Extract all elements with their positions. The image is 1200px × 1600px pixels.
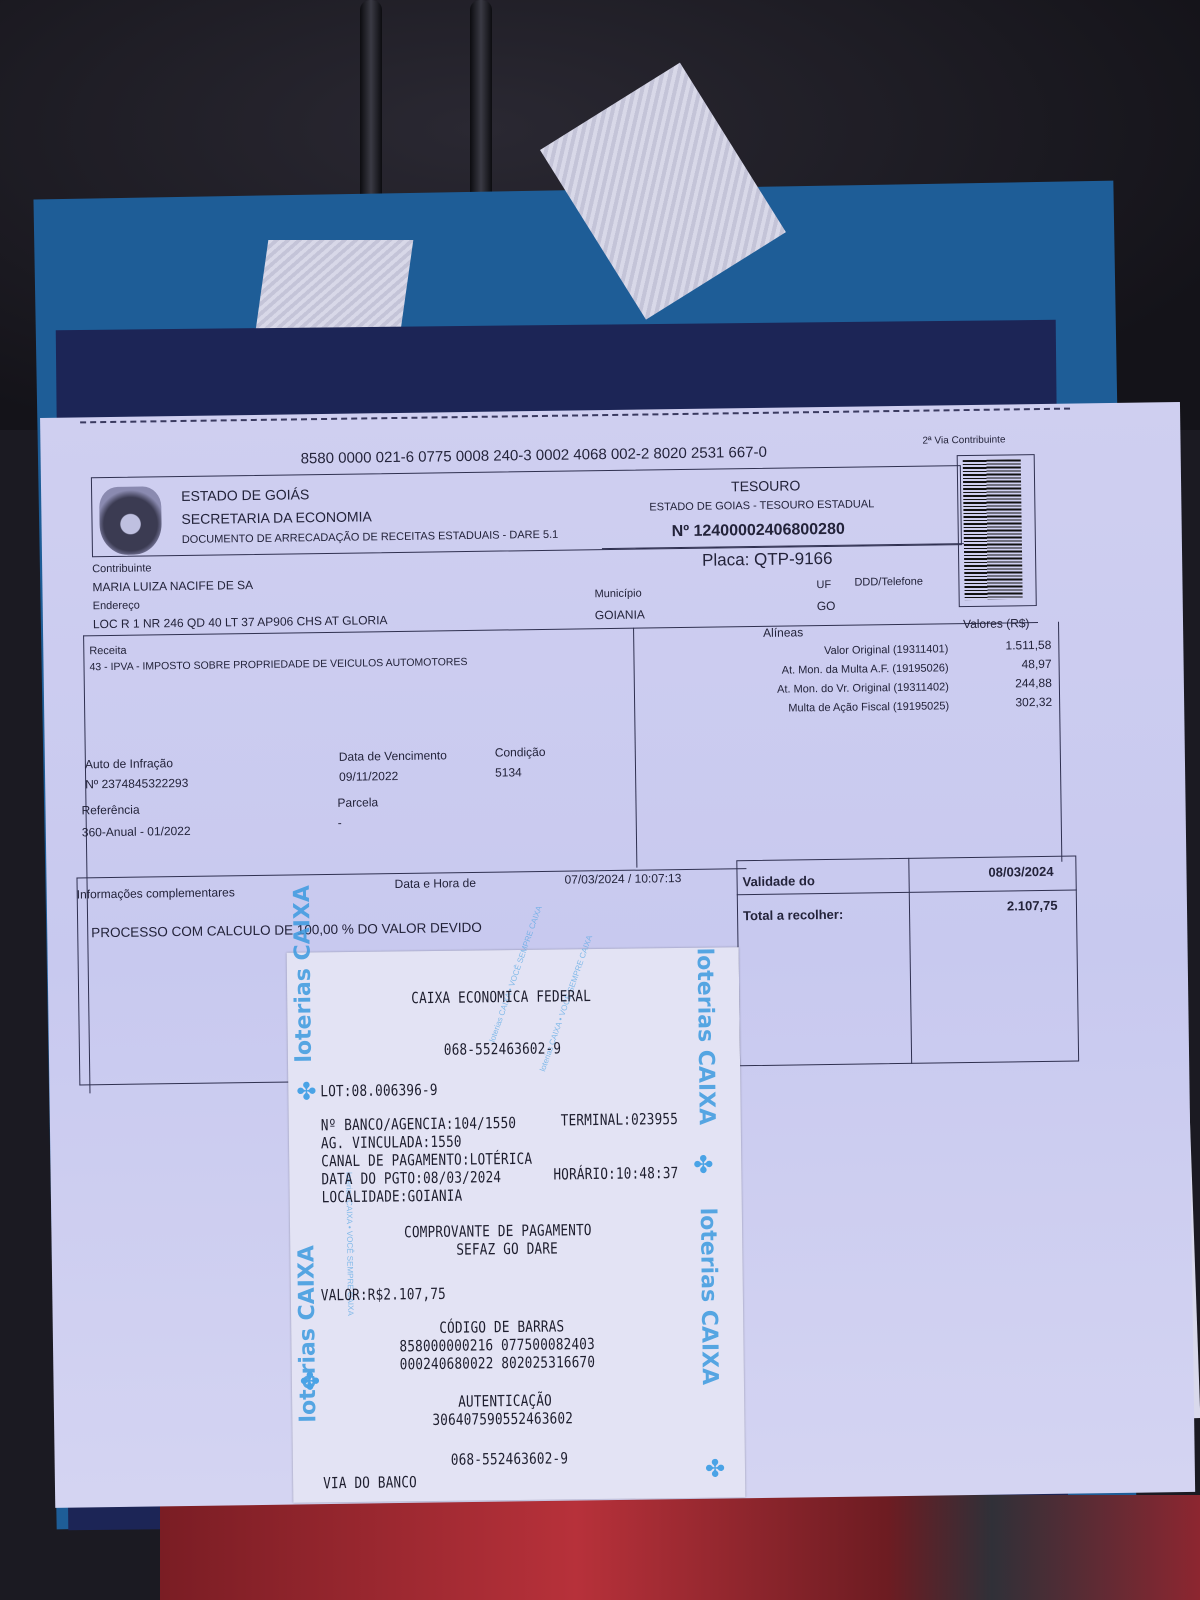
uf-value: GO (817, 599, 836, 613)
payment-time: HORÁRIO:10:48:37 (553, 1164, 678, 1184)
copy-label: 2ª Via Contribuinte (922, 434, 1005, 446)
item-label: Multa de Ação Fiscal (19195025) (788, 700, 949, 714)
payment-amount: VALOR:R$2.107,75 (321, 1285, 446, 1305)
divider (1058, 622, 1062, 862)
datetime-label: Data e Hora de (395, 876, 477, 891)
bank-name: CAIXA ECONOMICA FEDERAL (411, 987, 591, 1007)
municipality-value: GOIANIA (595, 608, 645, 623)
divider (633, 628, 637, 868)
receipt-subtitle: SEFAZ GO DARE (456, 1239, 558, 1258)
item-value: 48,97 (1021, 657, 1051, 671)
barcode-digits: 8580 0000 021-6 0775 0008 240-3 0002 406… (301, 444, 767, 468)
vehicle-plate: Placa: QTP-9166 (702, 549, 833, 571)
treasury-title: TESOURO (731, 477, 800, 494)
transaction-code-bottom: 068-552463602-9 (451, 1449, 568, 1468)
condition-value: 5134 (495, 765, 522, 779)
total-value: 2.107,75 (1007, 898, 1058, 914)
infraction-label: Auto de Infração (85, 756, 173, 771)
due-date-value: 09/11/2022 (339, 769, 398, 784)
bank-agency: Nº BANCO/AGENCIA:104/1550 (321, 1114, 517, 1134)
items-header: Alíneas (763, 625, 803, 640)
revenue-value: 43 - IPVA - IMPOSTO SOBRE PROPRIEDADE DE… (89, 656, 467, 673)
total-label: Total a recolher: (743, 907, 843, 923)
brand-watermark-right-lower: loterias CAIXA (695, 1208, 722, 1386)
address-value: LOC R 1 NR 246 QD 40 LT 37 AP906 CHS AT … (93, 613, 388, 631)
barcode-label: CÓDIGO DE BARRAS (439, 1317, 564, 1337)
condition-label: Condição (495, 745, 546, 760)
barcode-line-2: 000240680022 802025316670 (400, 1353, 596, 1373)
folder-strap (256, 240, 414, 330)
address-label: Endereço (93, 600, 140, 613)
transaction-code-top: 068-552463602-9 (444, 1039, 561, 1058)
brand-watermark-left: loterias CAIXA (290, 885, 317, 1063)
item-label: At. Mon. do Vr. Original (19311402) (777, 681, 949, 695)
car-photo-strip (160, 1495, 1200, 1600)
brand-watermark-right: loterias CAIXA (692, 948, 719, 1126)
item-label: Valor Original (19311401) (824, 643, 948, 657)
municipality-label: Município (594, 588, 641, 601)
item-value: 1.511,58 (1005, 638, 1051, 653)
locality: LOCALIDADE:GOIANIA (322, 1187, 463, 1207)
uf-label: UF (816, 579, 831, 591)
goias-coat-of-arms-icon (99, 486, 162, 555)
values-header: Valores (R$) (963, 616, 1030, 631)
item-label: At. Mon. da Multa A.F. (19195026) (782, 662, 949, 676)
payment-date: DATA DO PGTO:08/03/2024 (321, 1168, 501, 1188)
validity-label: Validade do (742, 873, 814, 889)
taxpayer-label: Contribuinte (92, 562, 151, 575)
barcode-line-1: 858000000216 077500082403 (399, 1335, 595, 1355)
payment-receipt: loterias CAIXA loterias CAIXA loterias C… (287, 947, 746, 1502)
authentication-code: 306407590552463602 (432, 1409, 573, 1429)
lot-number: LOT:08.006396-9 (320, 1081, 437, 1100)
brand-watermark-left-lower: loterias CAIXA (294, 1245, 321, 1423)
barcode-frame (957, 454, 1037, 607)
validity-value: 08/03/2024 (988, 864, 1053, 880)
state-name: ESTADO DE GOIÁS (181, 486, 309, 504)
clover-logo-icon: ✤ (300, 1370, 324, 1394)
clover-logo-icon: ✤ (705, 1457, 729, 1481)
item-value: 302,32 (1015, 695, 1052, 710)
linked-agency: AG. VINCULADA:1550 (321, 1133, 462, 1153)
clover-logo-icon: ✤ (693, 1154, 717, 1178)
receipt-title: COMPROVANTE DE PAGAMENTO (404, 1221, 592, 1241)
installment-value: - (338, 816, 342, 830)
infraction-value: Nº 2374845322293 (85, 776, 188, 791)
taxpayer-name: MARIA LUIZA NACIFE DE SA (92, 578, 253, 594)
datetime-value: 07/03/2024 / 10:07:13 (564, 871, 681, 887)
clover-logo-icon: ✤ (296, 1080, 320, 1104)
phone-label: DDD/Telefone (854, 576, 923, 589)
revenue-label: Receita (89, 645, 126, 658)
copy-type: VIA DO BANCO (323, 1473, 417, 1492)
due-date-label: Data de Vencimento (339, 748, 447, 764)
secretariat-name: SECRETARIA DA ECONOMIA (181, 508, 372, 527)
authentication-label: AUTENTICAÇÃO (458, 1392, 552, 1411)
item-value: 244,88 (1015, 676, 1052, 691)
terminal: TERMINAL:023955 (561, 1110, 678, 1129)
reference-label: Referência (81, 803, 139, 818)
installment-label: Parcela (337, 795, 378, 810)
document-number: Nº 12400002406800280 (672, 521, 845, 541)
reference-value: 360-Anual - 01/2022 (82, 824, 191, 840)
